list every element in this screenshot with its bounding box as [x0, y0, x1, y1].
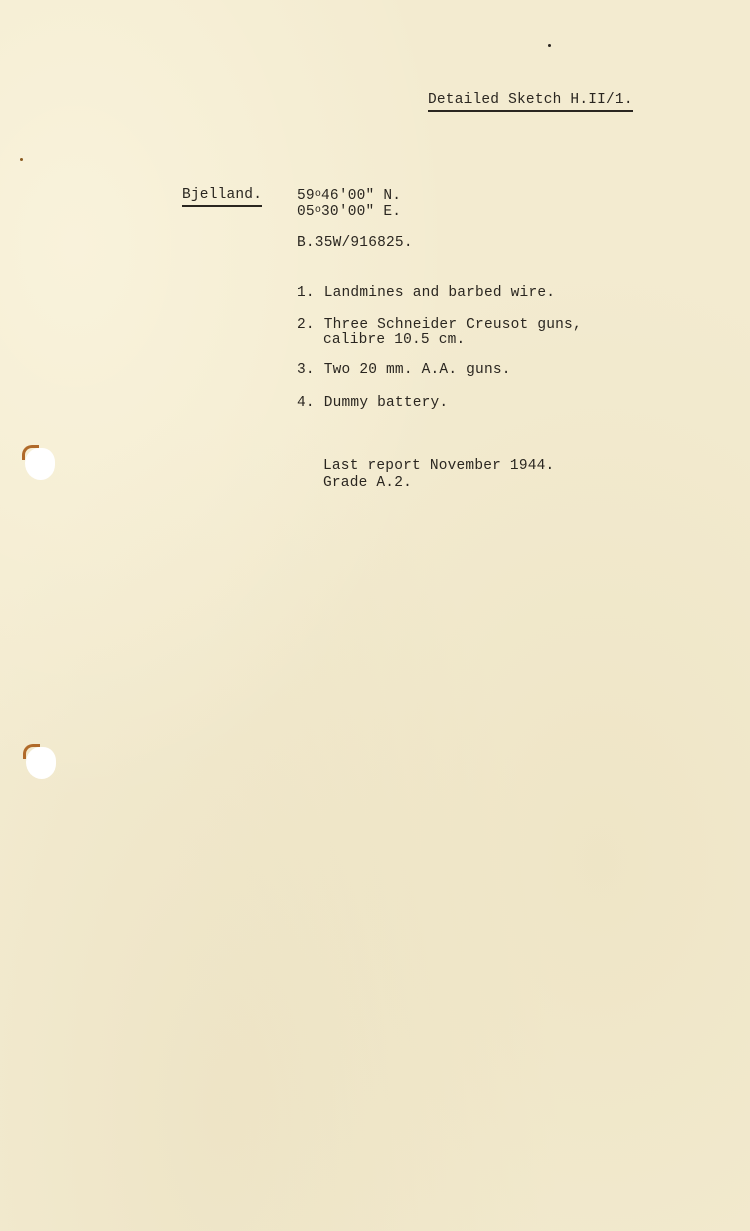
- document-reference: Detailed Sketch H.II/1.: [428, 92, 633, 112]
- punch-hole-lower: [26, 747, 56, 779]
- list-item-continuation: calibre 10.5 cm.: [323, 332, 465, 349]
- grid-reference: B.35W/916825.: [297, 235, 413, 252]
- place-name: Bjelland.: [182, 187, 262, 207]
- lon-degrees: 05: [297, 204, 315, 220]
- list-item: 3. Two 20 mm. A.A. guns.: [297, 362, 511, 379]
- lat-minutes: 46'00" N.: [321, 188, 401, 204]
- punch-hole-upper: [25, 448, 55, 480]
- item-number: 4.: [297, 395, 315, 411]
- item-text: Three Schneider Creusot guns,: [324, 317, 582, 333]
- list-item: 1. Landmines and barbed wire.: [297, 285, 555, 302]
- item-text: Landmines and barbed wire.: [324, 285, 555, 301]
- longitude: 05o30'00" E.: [297, 204, 401, 222]
- degree-symbol: o: [315, 205, 321, 216]
- item-text: Two 20 mm. A.A. guns.: [324, 362, 511, 378]
- item-text: Dummy battery.: [324, 395, 449, 411]
- degree-symbol: o: [315, 189, 321, 200]
- list-item: 4. Dummy battery.: [297, 395, 448, 412]
- paper-speck: [548, 44, 551, 47]
- grade: Grade A.2.: [323, 475, 412, 492]
- item-number: 2.: [297, 317, 315, 333]
- lat-degrees: 59: [297, 188, 315, 204]
- item-number: 3.: [297, 362, 315, 378]
- paper-speck: [20, 158, 23, 161]
- item-number: 1.: [297, 285, 315, 301]
- last-report: Last report November 1944.: [323, 458, 554, 475]
- lon-minutes: 30'00" E.: [321, 204, 401, 220]
